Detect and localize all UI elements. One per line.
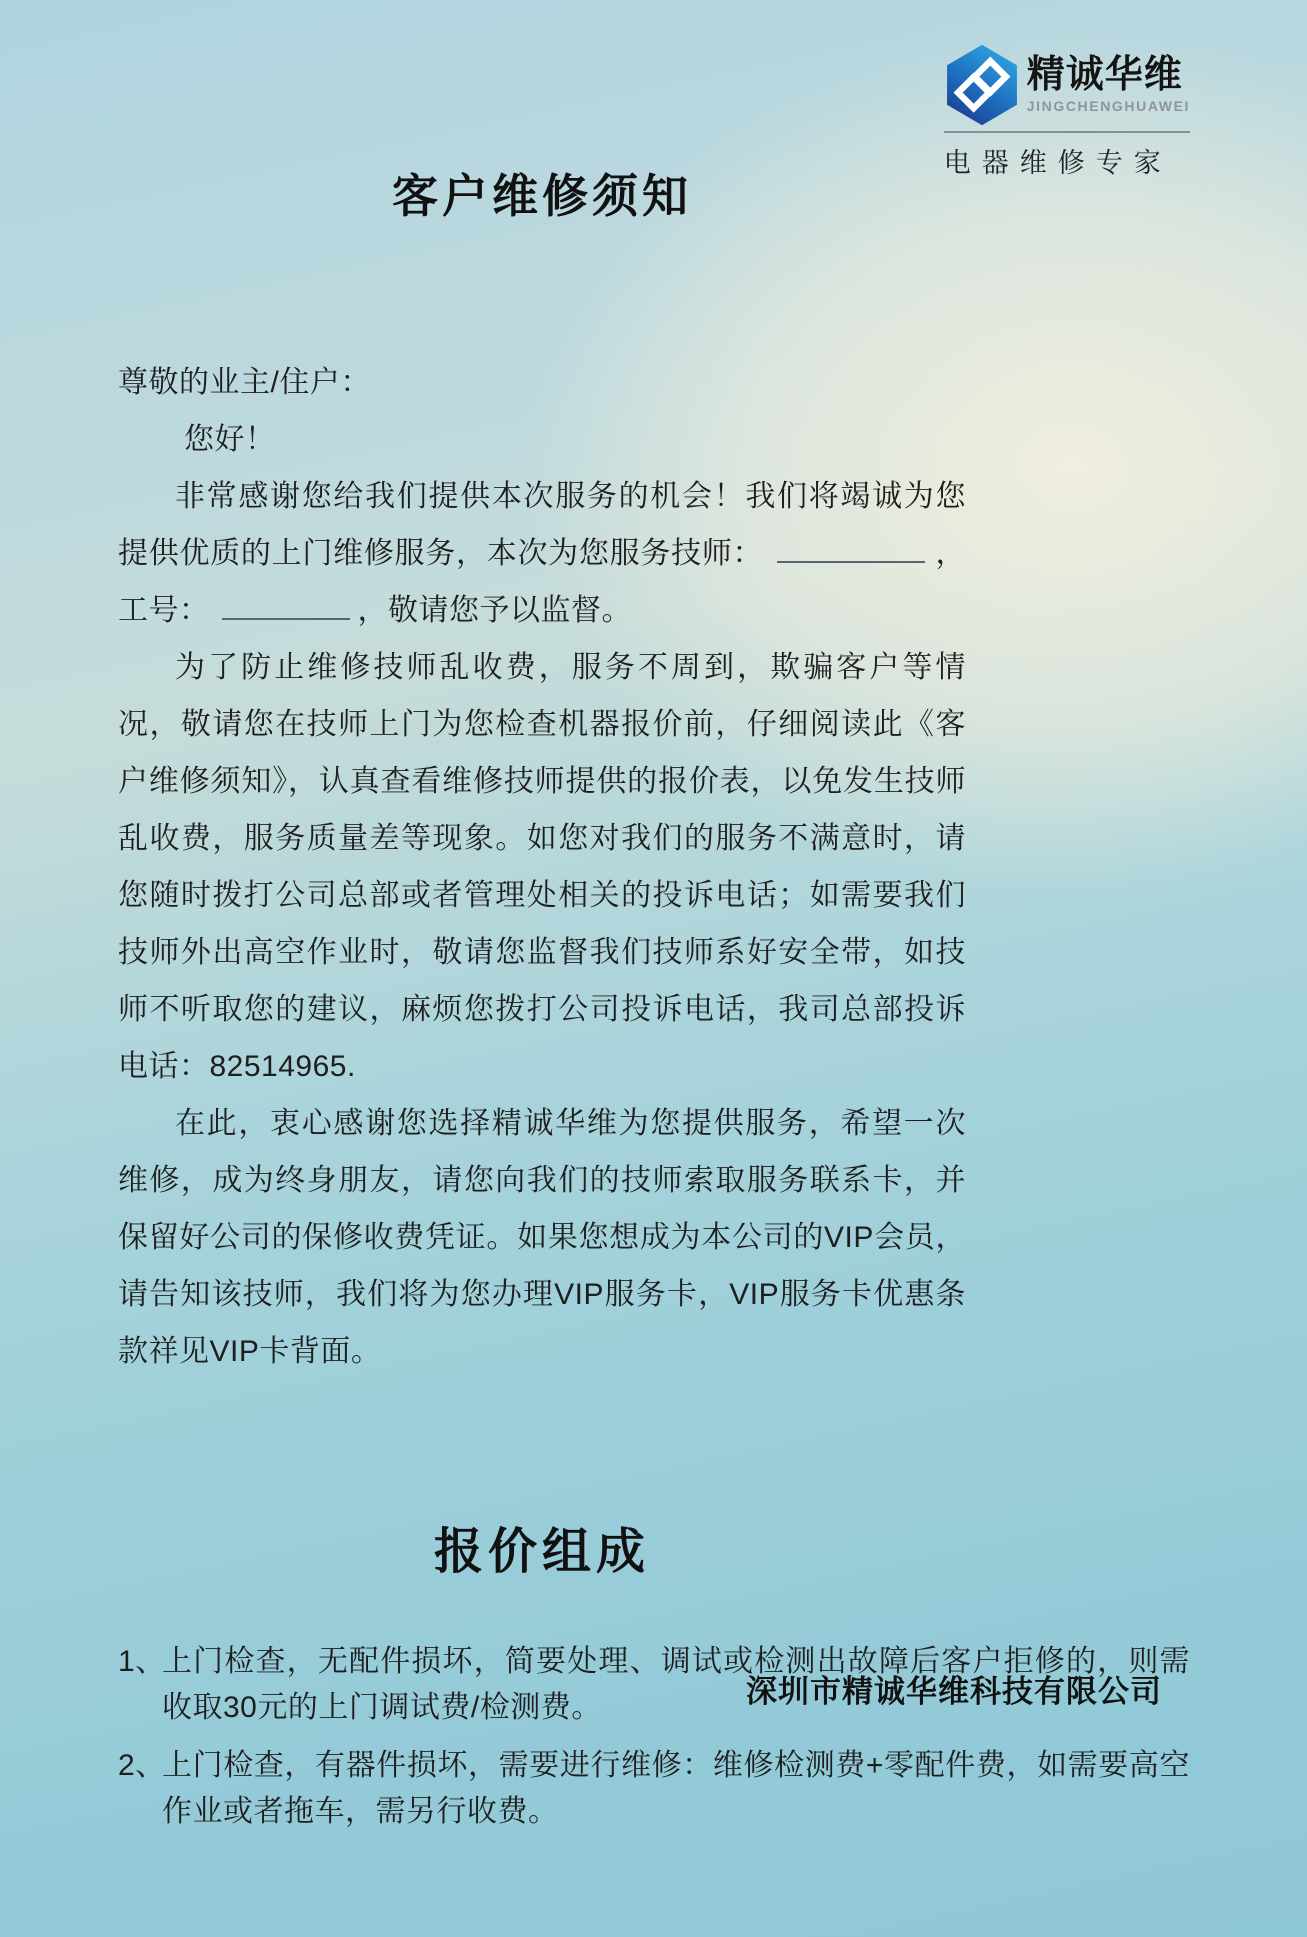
- quote-item-2: 2、 上门检查，有器件损坏，需要进行维修：维修检测费+零配件费，如需要高空作业或…: [118, 1743, 1190, 1835]
- thanks-paragraph: 在此，衷心感谢您选择精诚华维为您提供服务，希望一次维修，成为终身朋友，请您向我们…: [118, 1095, 966, 1380]
- quote-item-2-text: 上门检查，有器件损坏，需要进行维修：维修检测费+零配件费，如需要高空作业或者拖车…: [162, 1749, 1190, 1828]
- technician-name-blank: [777, 527, 925, 563]
- quote-item-2-number: 2、: [118, 1743, 166, 1789]
- letter-body: 尊敬的业主/住户： 您好！ 非常感谢您给我们提供本次服务的机会！我们将竭诚为您提…: [118, 354, 966, 1380]
- document-content: 客户维修须知 尊敬的业主/住户： 您好！ 非常感谢您给我们提供本次服务的机会！我…: [118, 0, 1190, 1847]
- company-signature: 深圳市精诚华维科技有限公司: [118, 1666, 1162, 1711]
- document-title: 客户维修须知: [118, 160, 966, 226]
- worker-id-blank: [222, 584, 350, 620]
- service-paragraph: 非常感谢您给我们提供本次服务的机会！我们将竭诚为您提供优质的上门维修服务，本次为…: [118, 468, 966, 639]
- greeting-line: 您好！: [118, 411, 966, 468]
- quote-section-title: 报价组成: [118, 1513, 966, 1583]
- salutation-line: 尊敬的业主/住户：: [118, 354, 966, 411]
- notice-paragraph: 为了防止维修技师乱收费，服务不周到，欺骗客户等情况，敬请您在技师上门为您检查机器…: [118, 639, 966, 1095]
- service-paragraph-seg3: ，敬请您予以监督。: [358, 594, 633, 627]
- customer-repair-notice-page: 精诚华维 JINGCHENGHUAWEI 电器维修专家 客户维修须知 尊敬的业主…: [0, 0, 1307, 1937]
